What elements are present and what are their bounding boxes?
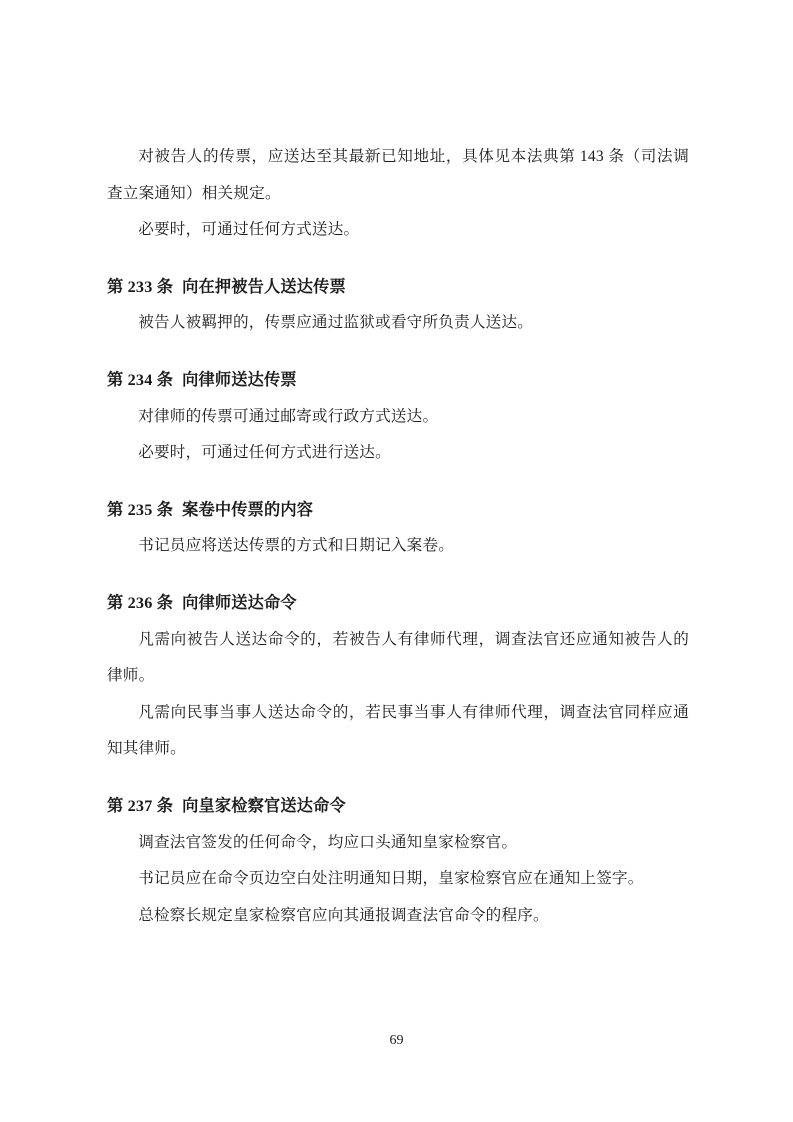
- section-paragraph: 被告人被羁押的，传票应通过监狱或看守所负责人送达。: [107, 305, 689, 342]
- page-content: 对被告人的传票，应送达至其最新已知地址，具体见本法典第 143 条（司法调查立案…: [107, 139, 689, 934]
- section-paragraph: 书记员应在命令页边空白处注明通知日期，皇家检察官应在通知上签字。: [107, 861, 689, 898]
- article-title: 向律师送达命令: [182, 594, 297, 612]
- section-paragraph: 总检察长规定皇家检察官应向其通报调查法官命令的程序。: [107, 898, 689, 935]
- section-heading-233: 第 233 条向在押被告人送达传票: [107, 269, 689, 306]
- article-number: 第 236 条: [107, 594, 173, 612]
- article-number: 第 237 条: [107, 797, 173, 815]
- section-paragraph: 书记员应将送达传票的方式和日期记入案卷。: [107, 528, 689, 565]
- page-number: 69: [0, 1031, 793, 1051]
- section-paragraph: 调查法官签发的任何命令，均应口头通知皇家检察官。: [107, 825, 689, 862]
- article-title: 向在押被告人送达传票: [182, 278, 346, 296]
- section-paragraph: 凡需向民事当事人送达命令的，若民事当事人有律师代理，调查法官同样应通知其律师。: [107, 695, 689, 768]
- intro-paragraph: 必要时，可通过任何方式送达。: [107, 212, 689, 249]
- article-title: 案卷中传票的内容: [182, 501, 313, 519]
- section-heading-237: 第 237 条向皇家检察官送达命令: [107, 788, 689, 825]
- article-number: 第 235 条: [107, 501, 173, 519]
- section-paragraph: 对律师的传票可通过邮寄或行政方式送达。: [107, 399, 689, 436]
- section-heading-234: 第 234 条向律师送达传票: [107, 362, 689, 399]
- article-number: 第 233 条: [107, 278, 173, 296]
- intro-paragraph: 对被告人的传票，应送达至其最新已知地址，具体见本法典第 143 条（司法调查立案…: [107, 139, 689, 212]
- section-paragraph: 凡需向被告人送达命令的，若被告人有律师代理，调查法官还应通知被告人的律师。: [107, 622, 689, 695]
- section-paragraph: 必要时，可通过任何方式进行送达。: [107, 435, 689, 472]
- article-title: 向皇家检察官送达命令: [182, 797, 346, 815]
- article-number: 第 234 条: [107, 371, 173, 389]
- article-title: 向律师送达传票: [182, 371, 297, 389]
- section-heading-236: 第 236 条向律师送达命令: [107, 585, 689, 622]
- section-heading-235: 第 235 条案卷中传票的内容: [107, 492, 689, 529]
- document-page: 对被告人的传票，应送达至其最新已知地址，具体见本法典第 143 条（司法调查立案…: [0, 0, 793, 1122]
